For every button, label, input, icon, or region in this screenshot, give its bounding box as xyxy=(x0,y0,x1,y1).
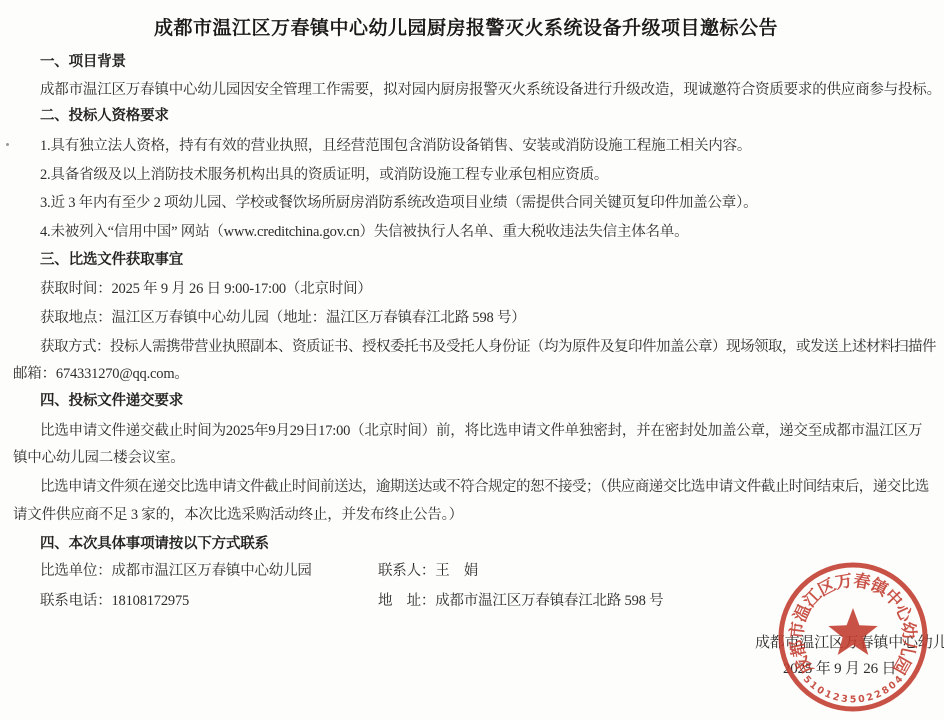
obtain-place-line: 获取地点：温江区万春镇中心幼儿园（地址：温江区万春镇春江北路 598 号） xyxy=(40,308,526,328)
section-2-heading: 二、投标人资格要求 xyxy=(40,106,169,126)
qualification-item-4: 4.未被列入“信用中国” 网站（www.creditchina.gov.cn）失… xyxy=(40,222,688,242)
contact-phone: 联系电话：18108172975 xyxy=(40,591,189,611)
seal-star-icon xyxy=(828,608,877,655)
submission-paragraph-1b: 镇中心幼儿园二楼会议室。 xyxy=(13,448,185,468)
contact-unit: 比选单位：成都市温江区万春镇中心幼儿园 xyxy=(40,561,312,581)
document-title: 成都市温江区万春镇中心幼儿园厨房报警灭火系统设备升级项目邀标公告 xyxy=(0,13,932,40)
contact-person: 联系人：王 娟 xyxy=(378,561,478,581)
svg-text:都: 都 xyxy=(787,638,809,659)
svg-text:0: 0 xyxy=(858,693,866,705)
qualification-item-1: 1.具有独立法人资格，持有有效的营业执照，且经营范围包含消防设备销售、安装或消防… xyxy=(40,136,751,156)
section-1-heading: 一、项目背景 xyxy=(40,52,126,72)
svg-text:万: 万 xyxy=(834,571,854,592)
svg-text:2: 2 xyxy=(831,691,840,703)
obtain-time-line: 获取时间：2025 年 9 月 26 日 9:00-17:00（北京时间） xyxy=(40,279,372,299)
qualification-item-3: 3.近 3 年内有至少 2 项幼儿园、学校或餐饮场所厨房消防系统改造项目业绩（需… xyxy=(40,193,757,213)
submission-paragraph-1a: 比选申请文件递交截止时间为2025年9月29日17:00（北京时间）前，将比选申… xyxy=(40,421,922,441)
obtain-method-email-line: 邮箱：674331270@qq.com。 xyxy=(13,364,189,384)
contact-address: 地 址：成都市温江区万春镇春江北路 598 号 xyxy=(378,591,663,611)
section-4-heading: 四、投标文件递交要求 xyxy=(40,391,183,411)
obtain-method-line: 获取方式：投标人需携带营业执照副本、资质证书、授权委托书及受托人身份证（均为原件… xyxy=(40,337,936,357)
svg-text:3: 3 xyxy=(840,694,848,706)
section-1-paragraph: 成都市温江区万春镇中心幼儿园因安全管理工作需要，拟对园内厨房报警灭火系统设备进行… xyxy=(40,80,941,100)
section-5-heading: 四、本次具体事项请按以下方式联系 xyxy=(40,534,269,554)
svg-text:幼: 幼 xyxy=(898,621,920,640)
section-3-heading: 三、比选文件获取事宜 xyxy=(40,250,183,270)
official-seal: 成都市温江区万春镇中心幼儿园 5101235022804 xyxy=(768,552,938,720)
scan-artifact-dot xyxy=(6,143,9,146)
svg-text:5: 5 xyxy=(850,695,857,706)
submission-paragraph-2b: 请文件供应商不足 3 家的，本次比选采购活动终止，并发布终止公告。） xyxy=(13,505,463,525)
scanned-document-page: 成都市温江区万春镇中心幼儿园厨房报警灭火系统设备升级项目邀标公告 一、项目背景 … xyxy=(0,0,944,720)
submission-paragraph-2a: 比选申请文件须在递交比选申请文件截止时间前送达，逾期送达或不符合规定的恕不接受；… xyxy=(40,477,929,497)
qualification-item-2: 2.具备省级及以上消防技术服务机构出具的资质证明，或消防设施工程专业承包相应资质… xyxy=(40,165,608,185)
